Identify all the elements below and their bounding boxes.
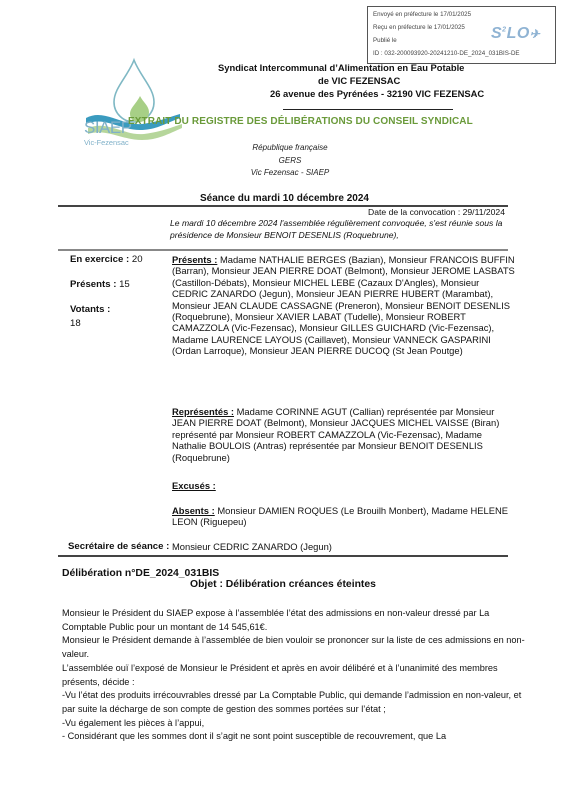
- session-intro: Le mardi 10 décembre 2024 l'assemblée ré…: [170, 218, 510, 241]
- logo-name: SIAEP: [84, 118, 132, 138]
- register-title: EXTRAIT DU REGISTRE DES DÉLIBÉRATIONS DU…: [128, 116, 473, 127]
- header-divider: [283, 109, 453, 110]
- body-paragraph: L’assemblée ouï l’exposé de Monsieur le …: [62, 662, 532, 689]
- org-name: Syndicat Intercommunal d’Alimentation en…: [218, 62, 464, 73]
- stamp-received: Reçu en préfecture le 17/01/2025: [373, 24, 465, 31]
- siaep-logo: SIAEP Vic-Fezensac: [84, 52, 184, 152]
- excused-list: Excusés :: [172, 480, 517, 491]
- s2lo-logo: S2LO✈: [491, 25, 540, 43]
- origin-entity: Vic Fezensac - SIAEP: [220, 168, 360, 177]
- count-votants-label: Votants :: [70, 304, 110, 315]
- represented-list: Représentés : Madame CORINNE AGUT (Calli…: [172, 406, 517, 463]
- presents-list: Présents : Madame NATHALIE BERGES (Bazia…: [172, 254, 517, 357]
- org-location: de VIC FEZENSAC: [318, 75, 400, 86]
- body-paragraph: - Considérant que les sommes dont il s’a…: [62, 730, 532, 744]
- org-address: 26 avenue des Pyrénées - 32190 VIC FEZEN…: [270, 88, 484, 99]
- count-votants-value: 18: [70, 318, 81, 329]
- body-paragraph: -Vu l’état des produits irrécouvrables d…: [62, 689, 532, 716]
- count-presents: Présents : 15: [70, 279, 130, 290]
- deliberation-number: Délibération n°DE_2024_031BIS: [62, 568, 219, 579]
- secretary-label: Secrétaire de séance :: [68, 541, 169, 552]
- paper-plane-icon: ✈: [530, 27, 541, 41]
- body-paragraph: Monsieur le Président demande à l’assemb…: [62, 634, 532, 661]
- logo-subtitle: Vic-Fezensac: [84, 138, 129, 147]
- stamp-sent: Envoyé en préfecture le 17/01/2025: [373, 11, 471, 18]
- body-paragraph: Monsieur le Président du SIAEP expose à …: [62, 607, 532, 634]
- session-title: Séance du mardi 10 décembre 2024: [200, 193, 369, 204]
- origin-republic: République française: [220, 143, 360, 152]
- deliberation-object: Objet : Délibération créances éteintes: [190, 579, 376, 590]
- secretary-value: Monsieur CEDRIC ZANARDO (Jegun): [172, 541, 517, 552]
- absent-list: Absents : Monsieur DAMIEN ROQUES (Le Bro…: [172, 505, 517, 528]
- origin-department: GERS: [220, 156, 360, 165]
- stamp-id: ID : 032-200093920-20241210-DE_2024_031B…: [373, 50, 520, 57]
- count-exercice: En exercice : 20: [70, 254, 143, 265]
- prefecture-stamp: Envoyé en préfecture le 17/01/2025 Reçu …: [367, 6, 556, 64]
- secretary-divider: [58, 555, 508, 557]
- convocation-date: Date de la convocation : 29/11/2024: [368, 207, 505, 217]
- stamp-published: Publié le: [373, 37, 397, 44]
- attendance-divider: [58, 249, 508, 251]
- deliberation-body: Monsieur le Président du SIAEP expose à …: [62, 607, 532, 744]
- body-paragraph: -Vu également les pièces à l’appui,: [62, 717, 532, 731]
